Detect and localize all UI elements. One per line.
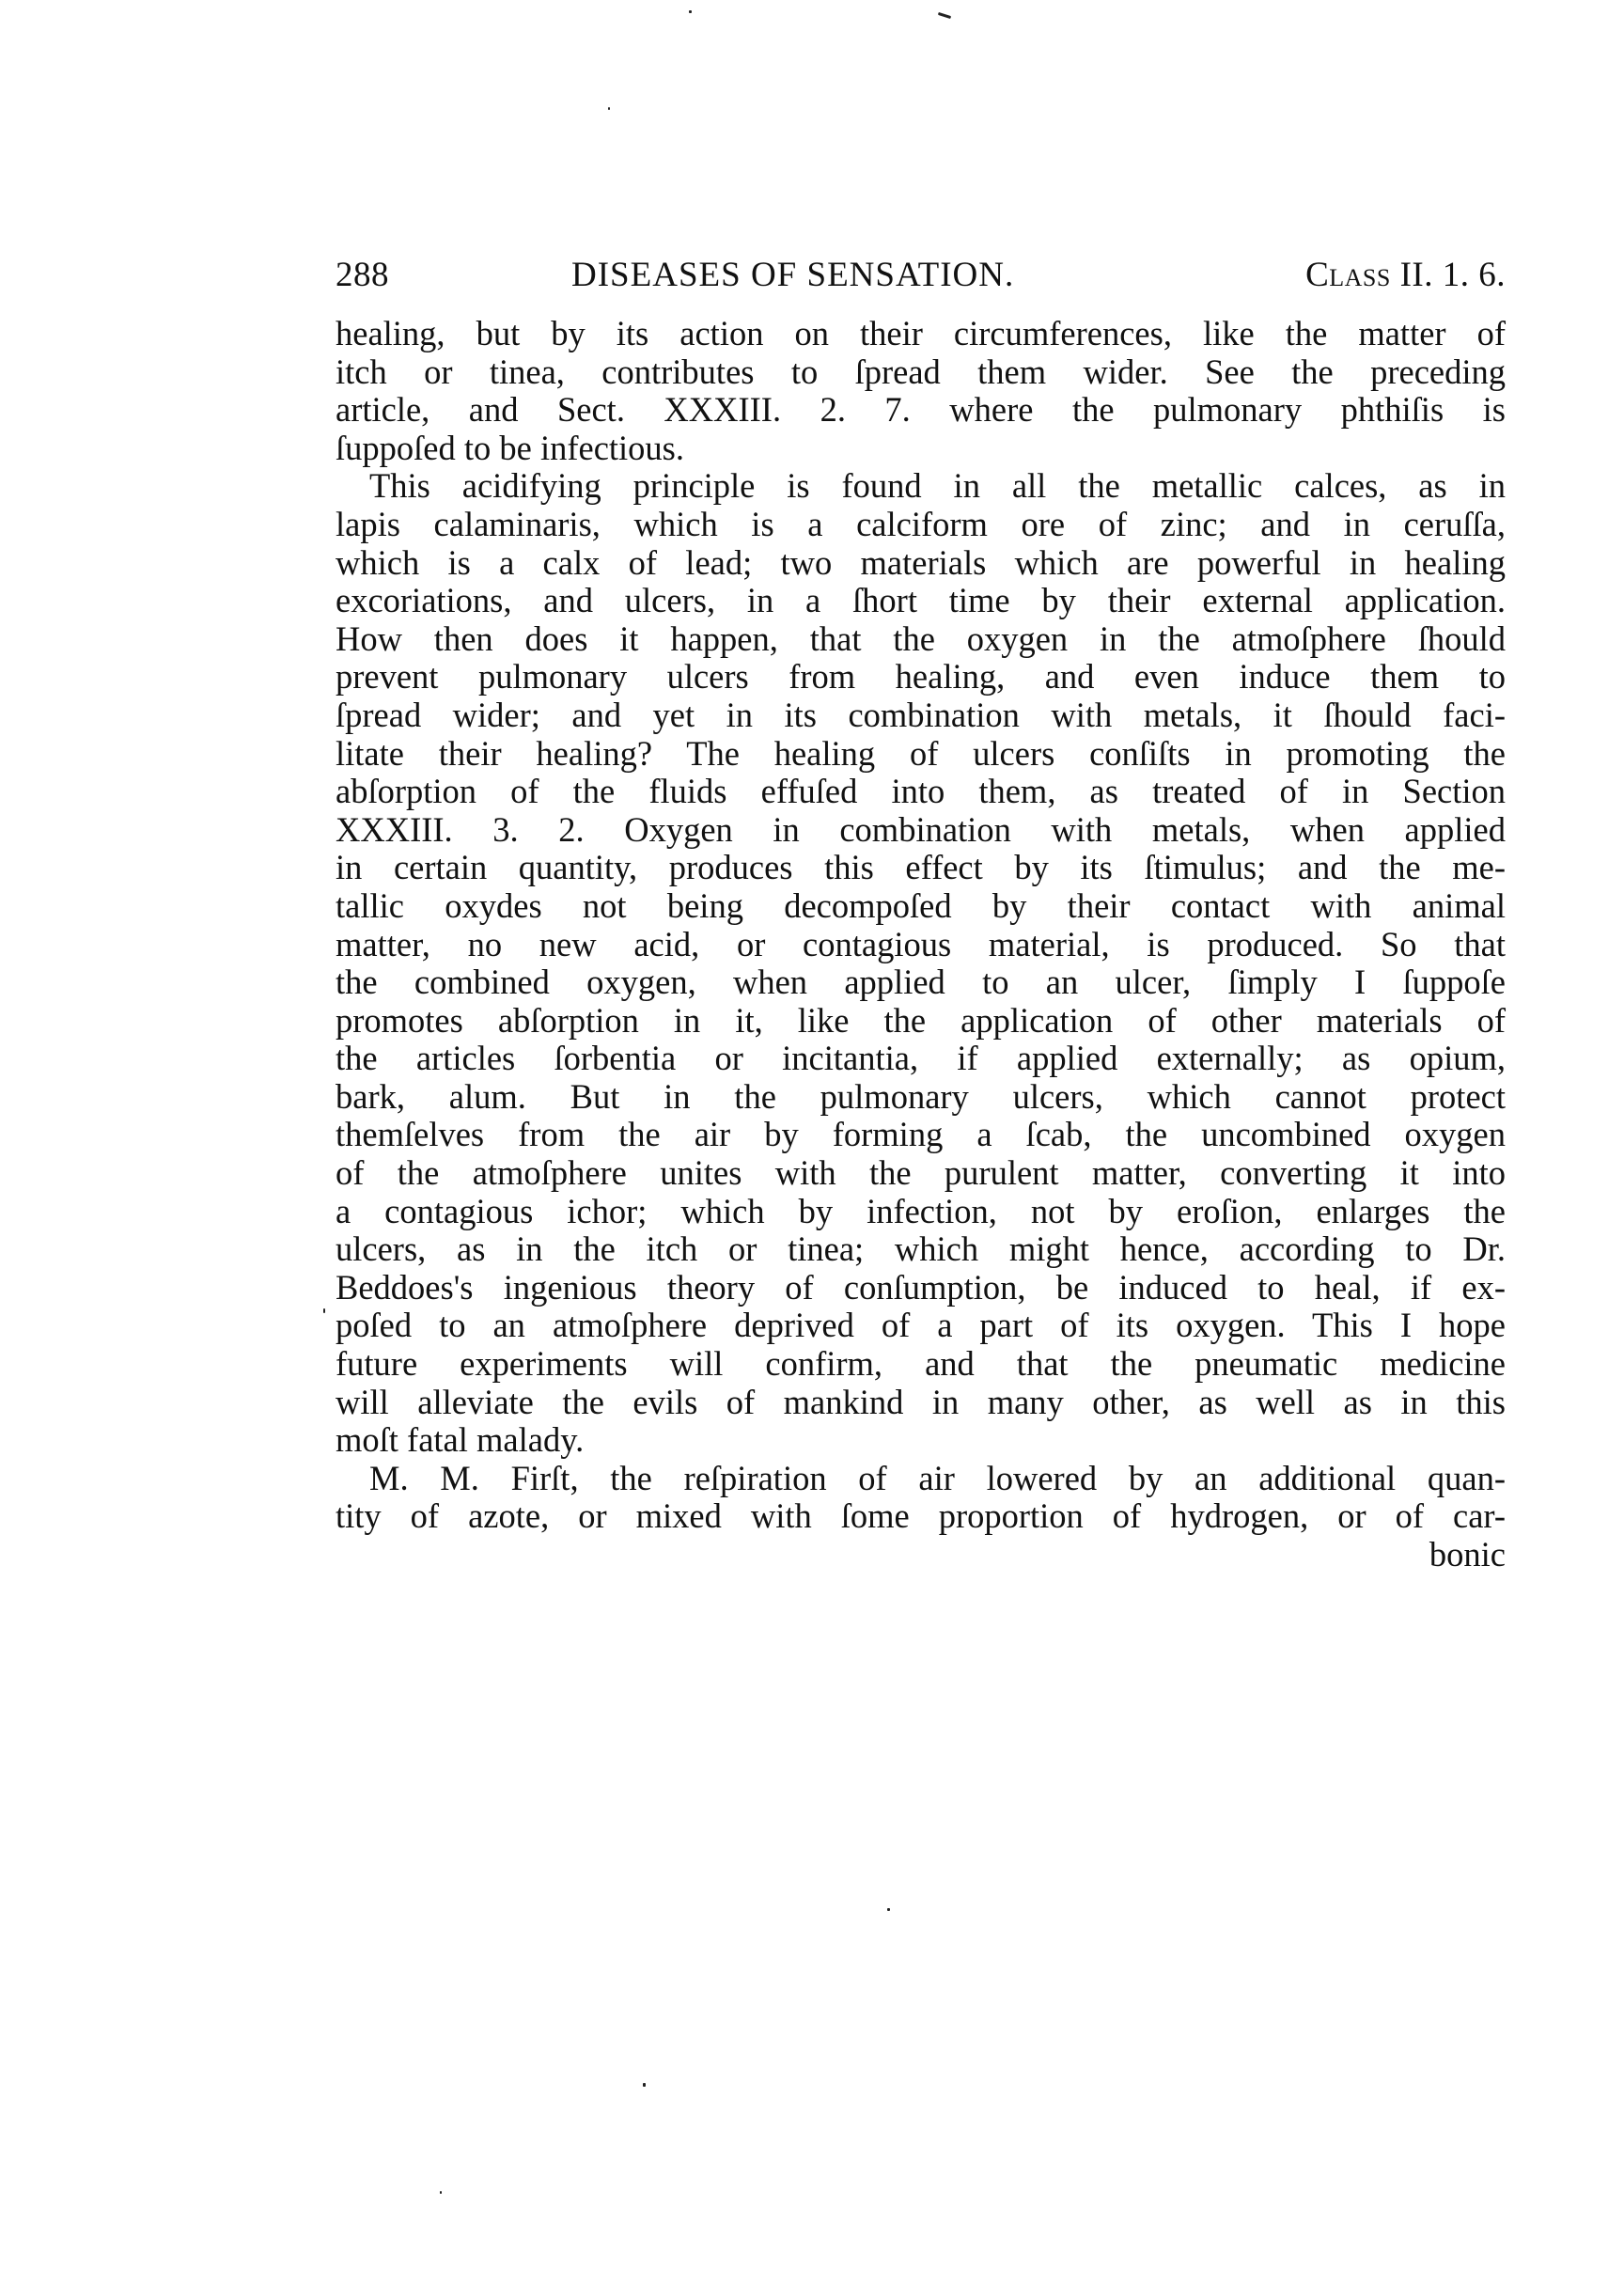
text-line: future experiments will confirm, and tha…	[336, 1345, 1506, 1384]
text-line: ſuppoſed to be infectious.	[336, 430, 1506, 468]
text-line: ulcers, as in the itch or tinea; which m…	[336, 1230, 1506, 1269]
text-line: the combined oxygen, when applied to an …	[336, 963, 1506, 1002]
text-line: in certain quantity, produces this effec…	[336, 849, 1506, 887]
text-line: tallic oxydes not being decompoſed by th…	[336, 887, 1506, 926]
class-reference: Class II. 1. 6.	[1305, 246, 1506, 305]
paragraph-start-line: M. M. Firſt, the reſpiration of air lowe…	[336, 1460, 1506, 1498]
text-line: healing, but by its action on their circ…	[336, 315, 1506, 353]
book-page: 288 DISEASES OF SENSATION. Class II. 1. …	[336, 246, 1506, 1574]
text-line: excoriations, and ulcers, in a ſhort tim…	[336, 582, 1506, 620]
text-line: moſt fatal malady.	[336, 1421, 1506, 1460]
scan-speck	[323, 1308, 325, 1313]
page-number: 288	[336, 246, 389, 305]
class-number: II. 1. 6.	[1400, 256, 1506, 294]
text-line: bark, alum. But in the pulmonary ulcers,…	[336, 1078, 1506, 1117]
text-line: the articles ſorbentia or incitantia, if…	[336, 1040, 1506, 1078]
scan-speck	[608, 107, 610, 110]
text-line: prevent pulmonary ulcers from healing, a…	[336, 658, 1506, 697]
text-line: poſed to an atmoſphere deprived of a par…	[336, 1307, 1506, 1345]
scan-mark	[938, 12, 951, 19]
text-line: ſpread wider; and yet in its combination…	[336, 697, 1506, 735]
scan-speck	[643, 2083, 646, 2087]
text-line: Beddoes's ingenious theory of conſumptio…	[336, 1269, 1506, 1307]
text-line: tity of azote, or mixed with ſome propor…	[336, 1497, 1506, 1536]
running-head: 288 DISEASES OF SENSATION. Class II. 1. …	[336, 246, 1506, 305]
text-line: which is a calx of lead; two materials w…	[336, 544, 1506, 583]
text-line: promotes abſorption in it, like the appl…	[336, 1002, 1506, 1041]
text-line: a contagious ichor; which by infection, …	[336, 1193, 1506, 1231]
text-line: article, and Sect. XXXIII. 2. 7. where t…	[336, 391, 1506, 430]
text-line: How then does it happen, that the oxygen…	[336, 620, 1506, 659]
text-line: lapis calaminaris, which is a calciform …	[336, 506, 1506, 544]
text-line: XXXIII. 3. 2. Oxygen in combination with…	[336, 811, 1506, 850]
catchword: bonic	[336, 1536, 1506, 1574]
text-line: litate their healing? The healing of ulc…	[336, 735, 1506, 774]
text-line: itch or tinea, contributes to ſpread the…	[336, 353, 1506, 392]
scan-speck	[689, 10, 692, 13]
text-line: of the atmoſphere unites with the purule…	[336, 1154, 1506, 1193]
scan-speck	[887, 1908, 890, 1911]
text-line: matter, no new acid, or contagious mater…	[336, 926, 1506, 964]
paragraph-start-line: This acidifying principle is found in al…	[336, 467, 1506, 506]
body-text: healing, but by its action on their circ…	[336, 315, 1506, 1574]
text-line: themſelves from the air by forming a ſca…	[336, 1116, 1506, 1154]
class-label: Class	[1305, 256, 1391, 294]
scan-speck	[440, 2191, 442, 2194]
running-title: DISEASES OF SENSATION.	[571, 246, 1014, 305]
text-line: abſorption of the fluids effuſed into th…	[336, 773, 1506, 811]
text-line: will alleviate the evils of mankind in m…	[336, 1384, 1506, 1422]
